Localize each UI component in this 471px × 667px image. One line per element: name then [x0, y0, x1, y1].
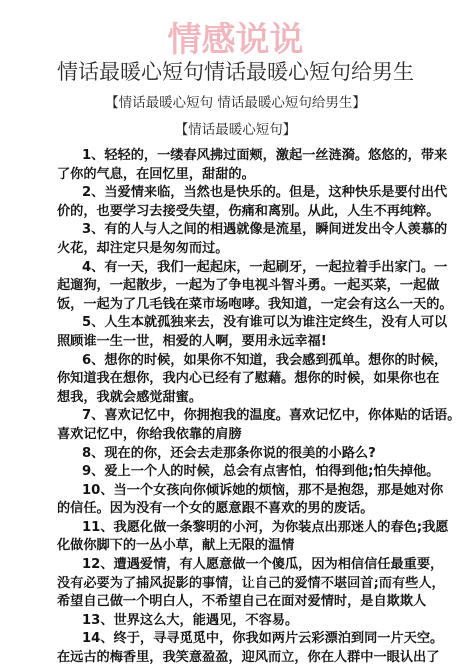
paragraph-line: 1、轻轻的，一缕春风拂过面颊，激起一丝涟漪。悠悠的，带来	[57, 147, 417, 166]
paragraph-line: 照顾谁一生一世，相爱的人啊，要用永远幸福!	[57, 333, 417, 352]
paragraph-line: 你知道我在想你，我内心已经有了慰藉。想你的时候，如果你也在	[57, 370, 417, 389]
paragraph-5: 5、人生本就孤独来去，没有谁可以为谁注定终生，没有人可以 照顾谁一生一世，相爱的…	[57, 314, 417, 351]
paragraph-line: 2、当爱情来临，当然也是快乐的。但是，这种快乐是要付出代	[57, 184, 417, 203]
paragraph-6: 6、想你的时候，如果你不知道，我会感到孤单。想你的时候， 你知道我在想你，我内心…	[57, 352, 417, 408]
paragraph-line: 6、想你的时候，如果你不知道，我会感到孤单。想你的时候，	[57, 352, 417, 371]
watermark-logo: 情感说说	[0, 22, 471, 58]
paragraph-9: 9、爱上一个人的时候，总会有点害怕，怕得到他;怕失掉他。	[57, 463, 417, 482]
paragraph-line: 3、有的人与人之间的相遇就像是流星，瞬间迸发出令人羡慕的	[57, 221, 417, 240]
paragraph-3: 3、有的人与人之间的相遇就像是流星，瞬间迸发出令人羡慕的 火花，却注定只是匆匆而…	[57, 221, 417, 258]
paragraph-line: 火花，却注定只是匆匆而过。	[57, 240, 417, 259]
paragraph-line: 希望自己做一个明白人，不希望自己在面对爱情时，是自欺欺人	[57, 593, 417, 612]
paragraph-line: 的信任。因为没有一个女的愿意跟不喜欢的男的废话。	[57, 500, 417, 519]
paragraph-line: 10、当一个女孩向你倾诉她的烦恼，那不是抱怨，那是她对你	[57, 482, 417, 501]
paragraph-line: 13、世界这么大，能遇见，不容易。	[57, 612, 417, 631]
paragraph-7: 7、喜欢记忆中，你拥抱我的温度。喜欢记忆中，你体贴的话语。 喜欢记忆中，你给我依…	[57, 407, 417, 444]
faded-line-divider	[57, 580, 402, 584]
paragraph-line: 了你的气息，在回忆里，甜甜的。	[57, 166, 417, 185]
subtitle: 【情话最暖心短句 情话最暖心短句给男生】	[0, 94, 471, 112]
paragraph-line: 价的，也要学习去接受失望，伤痛和离别。从此，人生不再纯粹。	[57, 203, 417, 222]
paragraph-line: 5、人生本就孤独来去，没有谁可以为谁注定终生，没有人可以	[57, 314, 417, 333]
paragraph-line: 4、有一天，我们一起起床，一起刷牙，一起拉着手出家门。一	[57, 259, 417, 278]
paragraph-line: 想我，我就会感觉甜蜜。	[57, 389, 417, 408]
paragraph-line: 12、遭遇爱情，有人愿意做一个傻瓜，因为相信信任最重要，	[57, 556, 417, 575]
paragraph-line: 化做你脚下的一丛小草，献上无限的温情	[57, 537, 417, 556]
paragraph-line: 9、爱上一个人的时候，总会有点害怕，怕得到他;怕失掉他。	[57, 463, 417, 482]
paragraph-line: 喜欢记忆中，你给我依靠的肩膀	[57, 426, 417, 445]
section-title: 【情话最暖心短句】	[0, 121, 471, 139]
paragraph-line: 14、终于，寻寻觅觅中，你我如两片云彩漂泊到同一片天空。	[57, 630, 417, 649]
paragraph-14: 14、终于，寻寻觅觅中，你我如两片云彩漂泊到同一片天空。 在远古的梅香里，我笑意…	[57, 630, 417, 667]
paragraph-10: 10、当一个女孩向你倾诉她的烦恼，那不是抱怨，那是她对你 的信任。因为没有一个女…	[57, 482, 417, 519]
paragraph-1: 1、轻轻的，一缕春风拂过面颊，激起一丝涟漪。悠悠的，带来 了你的气息，在回忆里，…	[57, 147, 417, 184]
paragraph-line: 饭，一起为了几毛钱在菜市场咆哮。我知道，一定会有这么一天的。	[57, 296, 417, 315]
paragraph-line: 11、我愿化做一条黎明的小河，为你装点出那迷人的春色;我愿	[57, 519, 417, 538]
paragraph-line: 7、喜欢记忆中，你拥抱我的温度。喜欢记忆中，你体贴的话语。	[57, 407, 417, 426]
page-title: 情话最暖心短句情话最暖心短句给男生	[0, 58, 471, 86]
paragraph-2: 2、当爱情来临，当然也是快乐的。但是，这种快乐是要付出代 价的，也要学习去接受失…	[57, 184, 417, 221]
paragraph-line: 在远古的梅香里，我笑意盈盈，迎风而立，你在人群中一眼认出了	[57, 649, 417, 667]
article-body: 1、轻轻的，一缕春风拂过面颊，激起一丝涟漪。悠悠的，带来 了你的气息，在回忆里，…	[57, 147, 417, 667]
paragraph-4: 4、有一天，我们一起起床，一起刷牙，一起拉着手出家门。一 起遛狗，一起散步，一起…	[57, 259, 417, 315]
paragraph-8: 8、现在的你，还会去走那条你说的很美的小路么?	[57, 445, 417, 464]
paragraph-line: 8、现在的你，还会去走那条你说的很美的小路么?	[57, 445, 417, 464]
paragraph-line: 起遛狗，一起散步，一起为了争电视斗智斗勇。一起买菜，一起做	[57, 277, 417, 296]
paragraph-13: 13、世界这么大，能遇见，不容易。	[57, 612, 417, 631]
paragraph-11: 11、我愿化做一条黎明的小河，为你装点出那迷人的春色;我愿 化做你脚下的一丛小草…	[57, 519, 417, 556]
